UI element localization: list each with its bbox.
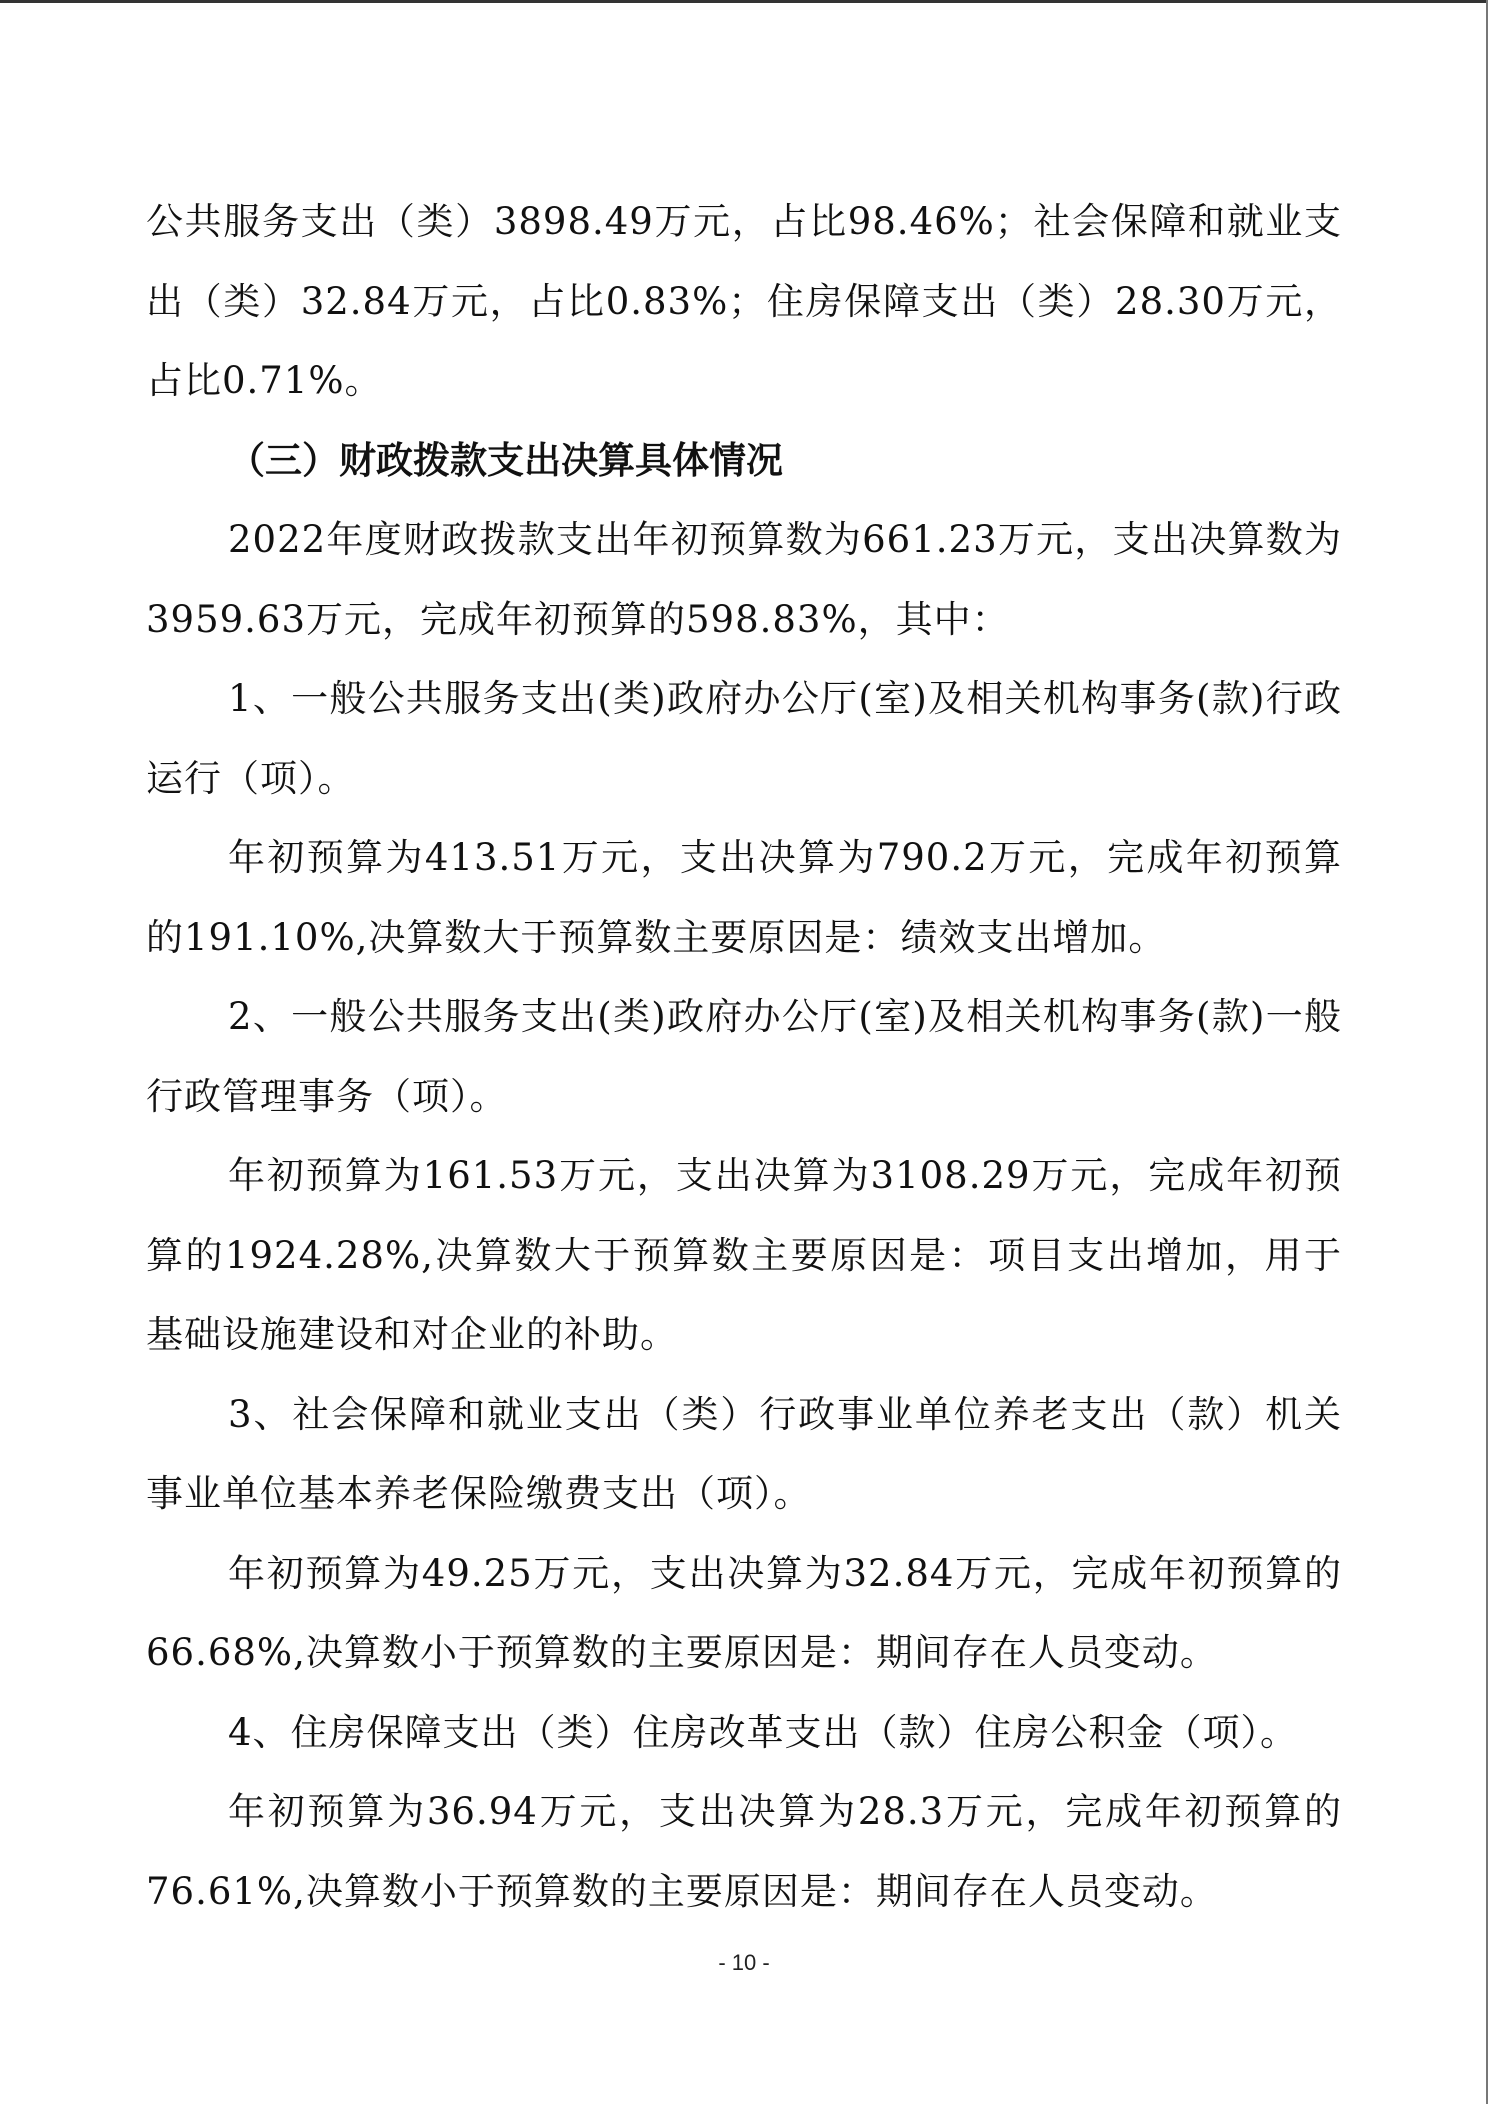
paragraph-item-1-title: 1、一般公共服务支出(类)政府办公厅(室)及相关机构事务(款)行政运行（项）。 xyxy=(146,659,1342,818)
page-number: - 10 - xyxy=(0,1950,1488,1976)
paragraph-item-2-detail: 年初预算为161.53万元，支出决算为3108.29万元，完成年初预算的1924… xyxy=(146,1136,1342,1375)
document-page: 公共服务支出（类）3898.49万元，占比98.46%；社会保障和就业支出（类）… xyxy=(146,182,1342,1931)
paragraph-continuation: 公共服务支出（类）3898.49万元，占比98.46%；社会保障和就业支出（类）… xyxy=(146,182,1342,421)
top-border xyxy=(0,0,1488,3)
paragraph-item-3-detail: 年初预算为49.25万元，支出决算为32.84万元，完成年初预算的66.68%,… xyxy=(146,1534,1342,1693)
paragraph-summary: 2022年度财政拨款支出年初预算数为661.23万元，支出决算数为3959.63… xyxy=(146,500,1342,659)
paragraph-item-4-title: 4、住房保障支出（类）住房改革支出（款）住房公积金（项）。 xyxy=(146,1693,1342,1773)
paragraph-item-4-detail: 年初预算为36.94万元，支出决算为28.3万元，完成年初预算的76.61%,决… xyxy=(146,1772,1342,1931)
paragraph-item-2-title: 2、一般公共服务支出(类)政府办公厅(室)及相关机构事务(款)一般行政管理事务（… xyxy=(146,977,1342,1136)
paragraph-item-1-detail: 年初预算为413.51万元，支出决算为790.2万元，完成年初预算的191.10… xyxy=(146,818,1342,977)
paragraph-item-3-title: 3、社会保障和就业支出（类）行政事业单位养老支出（款）机关事业单位基本养老保险缴… xyxy=(146,1375,1342,1534)
section-heading: （三）财政拨款支出决算具体情况 xyxy=(146,421,1342,501)
